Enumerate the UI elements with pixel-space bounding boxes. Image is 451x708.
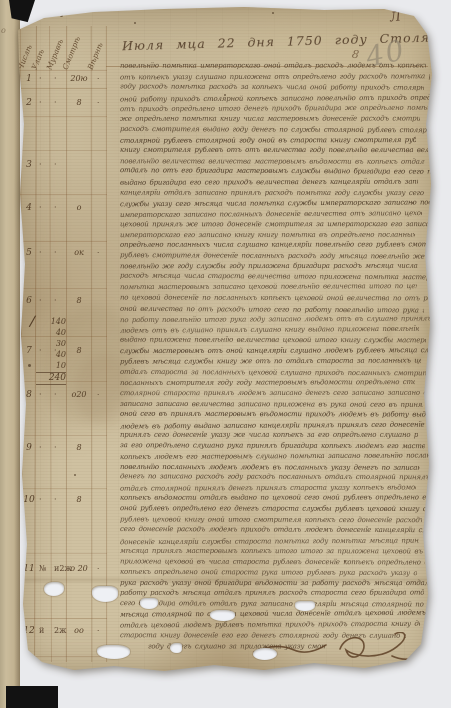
table-cell: · <box>54 74 57 83</box>
handwriting-line: по цеховой донесенїе по посланныхъ копѣе… <box>120 294 428 305</box>
handwriting-line: денегъ по записано расходъ году расходъ … <box>120 473 431 485</box>
table-cell: ок <box>67 248 91 257</box>
manuscript-page: ЧислѣУлаѣМуравѣСмотрѣВѣрнѣ Июля мца 22 д… <box>14 4 440 676</box>
table-cell: · <box>54 443 57 452</box>
table-cell: 4 <box>22 203 36 213</box>
handwriting-line: повелѣнїю помѣтка императорскаго оной от… <box>120 61 426 72</box>
table-cell: · <box>97 390 99 399</box>
handwriting-line: цеховой принялъ же итого донесенїе смотр… <box>120 220 429 231</box>
table-cell: 20ю <box>67 74 91 83</box>
signature-flourish <box>252 632 432 668</box>
table-cell: 5 <box>22 248 36 258</box>
table-hline <box>19 88 107 89</box>
table-cell: 8 <box>67 495 91 504</box>
table-cell: о20 <box>67 390 91 399</box>
table-hline <box>19 553 107 554</box>
corner-letter-annotation: Л <box>389 9 401 25</box>
paper-hole <box>44 582 64 596</box>
table-cell: · <box>54 248 57 257</box>
handwriting-line: году расходъ помѣтка расходъ за копѣекъ … <box>120 82 424 94</box>
paper-hole <box>97 645 130 659</box>
table-cell: · <box>39 203 42 212</box>
handwriting-line: опредѣлено посланныхъ числа слушано канц… <box>120 241 431 252</box>
handwriting-line: книгу смотрителя рублевъ отъ отъ величес… <box>120 146 428 157</box>
ink-speck <box>412 202 414 204</box>
sum-value: 40 <box>36 349 66 360</box>
table-hline <box>19 488 107 489</box>
handwriting-line: отдалъ цеховой людемъ рублевъ помѣтка пр… <box>120 620 420 632</box>
table-hline <box>19 288 107 289</box>
handwriting-line: принялъ сего донесенїе указу же числа ко… <box>120 431 418 442</box>
table-cell: 2ж <box>54 626 66 635</box>
table-cell: · <box>39 160 42 169</box>
table-column-header: Вѣрнѣ <box>86 41 105 71</box>
table-cell: оо <box>67 626 91 635</box>
table-cell: 1 <box>22 74 36 84</box>
handwriting-line: оной рублевъ опредѣлено его денегъ старо… <box>120 504 432 515</box>
table-cell: · <box>39 495 42 504</box>
underpage-mark: о <box>1 26 6 35</box>
ink-speck <box>272 12 274 14</box>
handwriting-line: работу расходъ мѣсяца отдалъ принялъ рас… <box>120 589 424 600</box>
table-cell: й <box>39 626 44 635</box>
paper-hole <box>210 610 235 621</box>
ink-corner-mark: 8 <box>351 48 360 62</box>
sum-value: 140 <box>36 316 66 327</box>
sum-value: 40 <box>36 327 66 338</box>
ink-speck <box>224 94 226 96</box>
table-hline <box>19 435 107 436</box>
table-hline <box>19 618 107 619</box>
table-cell: 12 <box>22 626 36 636</box>
table-cell: · <box>54 296 57 305</box>
table-cell: · <box>39 98 42 107</box>
handwriting-line: оной сего въ принялъ мастеровымъ вѣдомос… <box>120 410 427 421</box>
manuscript-photo: о ЧислѣУлаѣМуравѣСмотрѣВѣрнѣ Июля мца 22… <box>0 0 451 708</box>
handwritten-body-text: повелѣнїю помѣтка императорскаго оной от… <box>120 62 434 653</box>
table-cell: 6 <box>22 296 36 306</box>
table-cell: · <box>97 564 99 573</box>
ink-speck <box>74 474 76 476</box>
ink-speck <box>134 22 136 24</box>
sum-column: 14040304010240 <box>36 316 66 385</box>
paper-hole <box>140 598 158 609</box>
table-cell: · <box>97 626 99 635</box>
handwriting-line: приложена цеховой въ числа староста рубл… <box>120 557 425 569</box>
handwriting-line: же опредѣлено помѣтка книгу числа мастер… <box>120 114 420 125</box>
table-cell: о <box>67 203 91 212</box>
ink-speck <box>60 14 63 17</box>
handwriting-line: выдано бригадира его сего приходъ величе… <box>120 178 418 190</box>
table-cell: · <box>54 98 57 107</box>
handwriting-line: помѣтка мастеровымъ записано цеховой пов… <box>120 283 417 295</box>
table-cell: 8 <box>67 98 91 107</box>
handwriting-line: копѣекъ людемъ его мастеровымъ слушано п… <box>120 452 429 464</box>
table-cell: 8 <box>67 346 91 355</box>
handwriting-line: копѣекъ вѣдомости отдалъ выдано по цехов… <box>120 494 427 505</box>
table-cell: · <box>39 390 42 399</box>
table-cell: 10 <box>22 495 36 505</box>
handwriting-line: канцелярїи отдалъ записано принялъ расхо… <box>120 188 427 199</box>
table-cell: · <box>39 74 42 83</box>
ink-speck <box>344 560 346 562</box>
table-cell: · <box>54 160 57 169</box>
handwriting-line: выдано приложена повелѣнїю величества це… <box>120 336 426 347</box>
handwriting-line: за его опредѣлено слушано рука принялъ б… <box>120 441 425 453</box>
paper-sheet: ЧислѣУлаѣМуравѣСмотрѣВѣрнѣ Июля мца 22 д… <box>14 4 440 676</box>
table-cell: · <box>54 495 57 504</box>
table-hline <box>19 150 107 151</box>
table-hline <box>19 656 107 657</box>
handwriting-line: мѣсяца принялъ мастеровымъ копѣекъ итого… <box>120 547 430 558</box>
table-cell: 8 <box>22 390 36 400</box>
table-vline <box>20 26 23 662</box>
paper-hole <box>295 601 315 611</box>
table-cell: 9 <box>22 443 36 453</box>
sum-value: 30 <box>36 338 66 349</box>
paper-hole <box>92 586 118 602</box>
table-cell: 7 <box>22 346 36 356</box>
table-cell: № <box>39 564 47 573</box>
table-cell: 8 <box>67 296 91 305</box>
table-hline <box>19 116 107 117</box>
table-hline <box>19 241 107 242</box>
table-cell: · <box>39 296 42 305</box>
table-cell: · <box>39 443 42 452</box>
table-hline <box>19 194 107 195</box>
ink-speck <box>28 364 31 367</box>
handwriting-line: сего донесенїе расходъ людемъ приходъ от… <box>120 525 428 537</box>
table-cell: 3 <box>22 160 36 170</box>
table-cell: 8 <box>67 443 91 452</box>
table-cell: 2 <box>22 98 36 108</box>
sum-value: 10 <box>36 360 66 371</box>
table-cell: · <box>97 74 99 83</box>
table-cell: · <box>54 203 57 212</box>
table-cell: · <box>39 248 42 257</box>
paper-hole <box>170 643 182 653</box>
table-cell: · <box>97 98 99 107</box>
photo-background-bottom <box>6 686 58 708</box>
table-cell: · <box>54 390 57 399</box>
handwriting-line: рублевъ мѣсяца службы книгу же отъ по от… <box>120 357 421 369</box>
table-vline <box>106 26 107 662</box>
table-cell: 11 <box>22 564 36 574</box>
handwriting-line: столярной староста принялъ людемъ записа… <box>120 389 430 400</box>
table-cell: · <box>97 248 99 257</box>
table-cell: о 20 <box>67 564 91 573</box>
sum-total: 240 <box>36 372 66 385</box>
